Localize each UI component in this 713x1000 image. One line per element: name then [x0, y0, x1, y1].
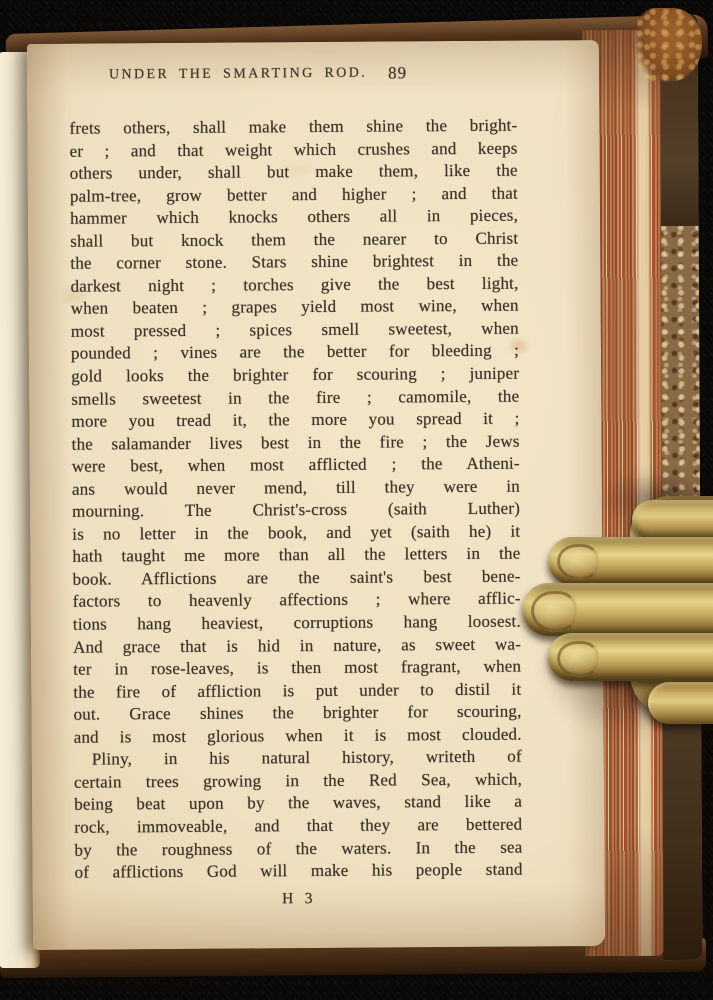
- text-line: is no letter in the book, and yet (saith…: [72, 520, 520, 546]
- text-line: ans would never mend, till they were in: [72, 475, 520, 501]
- text-line: And grace that is hid in nature, as swee…: [73, 633, 521, 659]
- text-line: most pressed ; spices smell sweetest, wh…: [71, 318, 519, 344]
- brass-finger: [548, 633, 713, 681]
- text-line: factors to heavenly affections ; where a…: [73, 588, 521, 614]
- page-header: UNDER THE SMARTING ROD. 89: [69, 65, 517, 92]
- text-line: certain trees growing in the Red Sea, wh…: [74, 768, 522, 794]
- brass-finger: [548, 537, 713, 585]
- brass-middle-finger: [522, 583, 713, 636]
- text-line: gold looks the brighter for scouring ; j…: [71, 363, 519, 389]
- text-line: when beaten ; grapes yield most wine, wh…: [71, 295, 519, 321]
- text-line: hammer which knocks others all in pieces…: [70, 205, 518, 231]
- text-line: out. Grace shines the brighter for scour…: [73, 701, 521, 727]
- text-line: others under, shall but make them, like …: [70, 160, 518, 186]
- text-line: palm-tree, grow better and higher ; and …: [70, 182, 518, 208]
- text-line: mourning. The Christ's-cross (saith Luth…: [72, 498, 520, 524]
- worn-corner-top-right: [636, 8, 702, 82]
- text-line: being beat upon by the waves, stand like…: [74, 791, 522, 817]
- text-line: the fire of affliction is put under to d…: [73, 678, 521, 704]
- text-line: er ; and that weight which crushes and k…: [70, 137, 518, 163]
- brass-hand-page-holder: [510, 480, 713, 740]
- fingernail: [531, 591, 577, 632]
- text-line: ter in rose-leaves, is then most fragran…: [73, 656, 521, 682]
- text-line: the corner stone. Stars shine brightest …: [70, 250, 518, 276]
- text-line-paragraph-start: Pliny, in his natural history, writeth o…: [74, 746, 522, 772]
- text-line: pounded ; vines are the better for bleed…: [71, 340, 519, 366]
- text-line: of afflictions God will make his people …: [75, 859, 523, 885]
- text-line: darkest night ; torches give the best li…: [70, 272, 518, 298]
- text-line: book. Afflictions are the saint's best b…: [73, 566, 521, 592]
- text-line: were best, when most afflicted ; the Ath…: [72, 453, 520, 479]
- page-number: 89: [388, 63, 407, 83]
- text-line: rock, immoveable, and that they are bett…: [74, 814, 522, 840]
- signature-mark: H 3: [75, 886, 523, 912]
- brass-index-finger: [632, 500, 713, 540]
- fingernail: [557, 544, 599, 580]
- text-line: hath taught me more than all the letters…: [72, 543, 520, 569]
- board-leather-bottom: [661, 712, 702, 960]
- text-line: tions hang heaviest, corruptions hang lo…: [73, 611, 521, 637]
- text-line: and is most glorious when it is most clo…: [74, 723, 522, 749]
- fingernail: [557, 641, 599, 677]
- text-line: smells sweetest in the fire ; camomile, …: [71, 385, 519, 411]
- body-text: frets others, shall make them shine the …: [69, 115, 523, 912]
- text-line: by the roughness of the waters. In the s…: [74, 836, 522, 862]
- text-line: more you tread it, the more you spread i…: [71, 408, 519, 434]
- brass-thumb: [648, 682, 713, 724]
- text-line: shall but knock them the nearer to Chris…: [70, 227, 518, 253]
- running-title: UNDER THE SMARTING ROD.: [109, 66, 367, 84]
- photograph-background: UNDER THE SMARTING ROD. 89 frets others,…: [0, 0, 713, 1000]
- text-line: frets others, shall make them shine the …: [69, 115, 517, 141]
- text-line: the salamander lives best in the fire ; …: [72, 430, 520, 456]
